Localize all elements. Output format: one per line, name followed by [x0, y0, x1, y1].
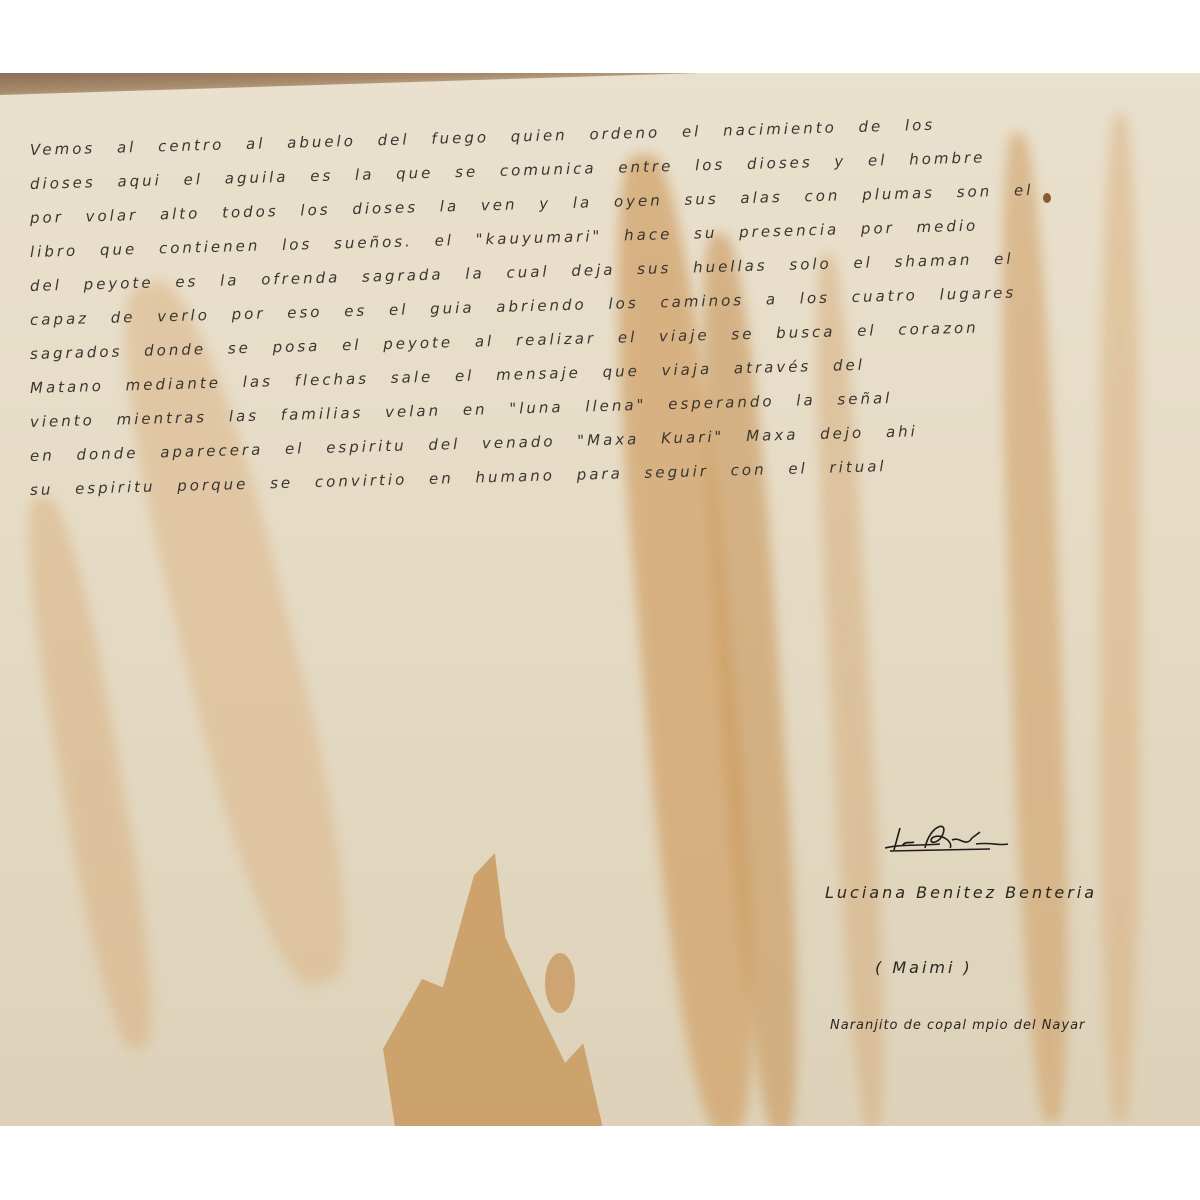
handwritten-text: Vemos al centro al abuelo del fuego quie…	[30, 133, 1150, 507]
author-location: Naranjito de copal mpio del Nayar	[830, 1018, 1085, 1033]
plywood-board: Vemos al centro al abuelo del fuego quie…	[0, 73, 1200, 1126]
signature-scribble-icon	[880, 818, 1010, 858]
wood-grain-flame-pattern	[370, 853, 630, 1126]
author-alias: ( Maimi )	[875, 958, 973, 977]
author-name: Luciana Benitez Benteria	[825, 883, 1097, 902]
line-prefix: Matano	[30, 377, 104, 397]
wood-grain-streak	[12, 492, 168, 1054]
wood-grain-spot	[545, 953, 575, 1013]
board-edge-shadow	[0, 73, 700, 95]
